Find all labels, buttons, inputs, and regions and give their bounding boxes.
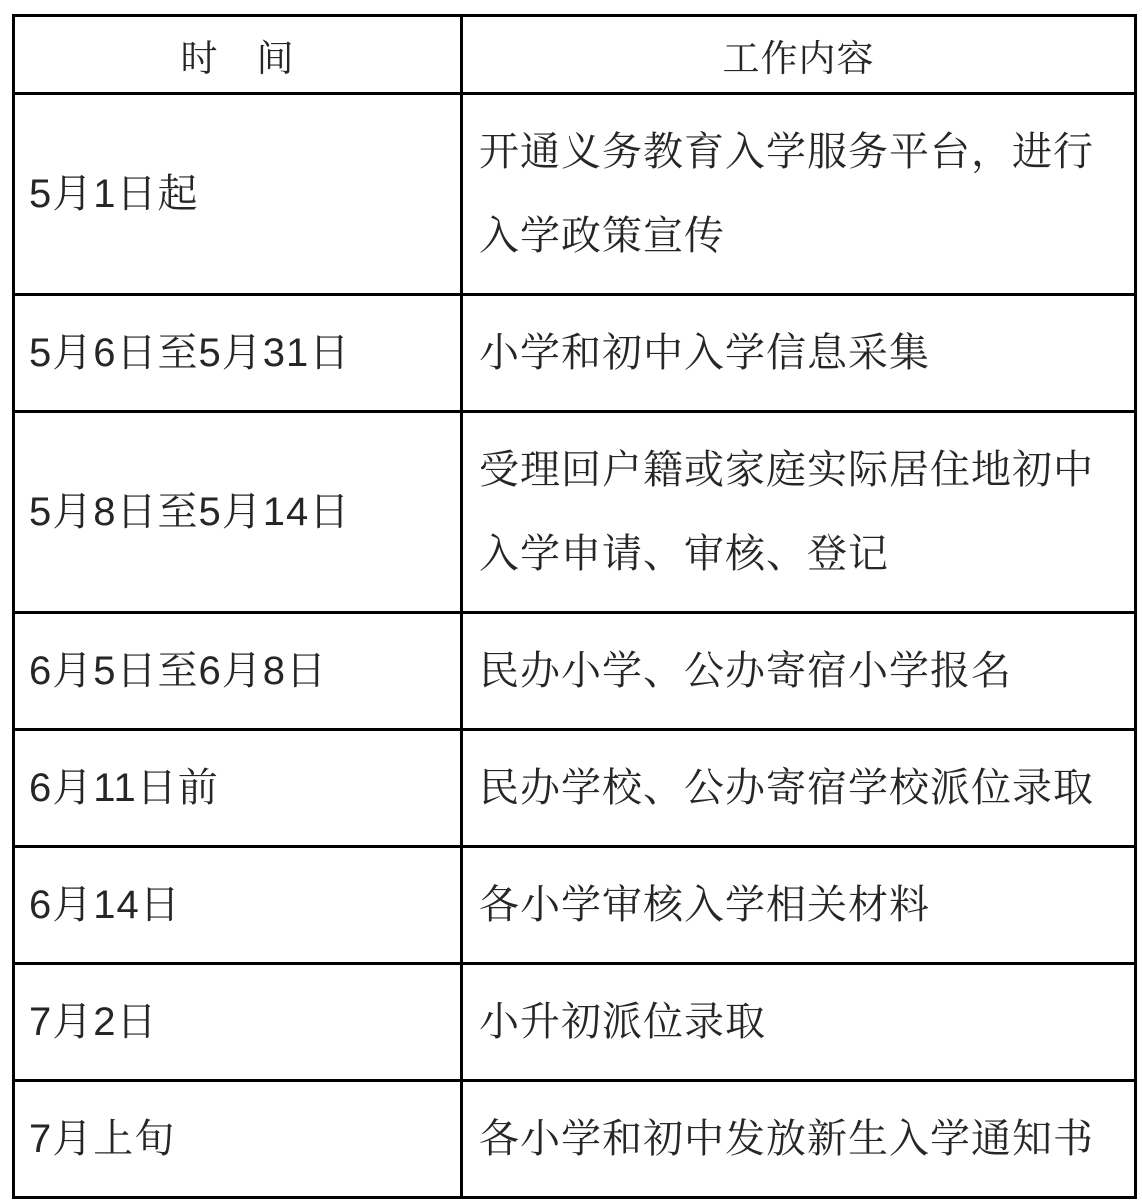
time-cell: 7月2日 xyxy=(14,964,462,1081)
time-cell: 6月14日 xyxy=(14,847,462,964)
table-row: 5月8日至5月14日 受理回户籍或家庭实际居住地初中入学申请、审核、登记 xyxy=(14,412,1136,613)
content-cell: 小升初派位录取 xyxy=(462,964,1136,1081)
time-cell: 6月5日至6月8日 xyxy=(14,613,462,730)
table-row: 6月14日 各小学审核入学相关材料 xyxy=(14,847,1136,964)
time-value: 6月11日前 xyxy=(29,766,219,810)
content-cell: 受理回户籍或家庭实际居住地初中入学申请、审核、登记 xyxy=(462,412,1136,613)
header-cell-content: 工作内容 xyxy=(462,16,1136,94)
content-value: 各小学审核入学相关材料 xyxy=(479,883,930,927)
time-value: 7月上旬 xyxy=(29,1117,175,1161)
content-cell: 开通义务教育入学服务平台，进行入学政策宣传 xyxy=(462,94,1136,295)
header-row: 时 间 工作内容 xyxy=(14,16,1136,94)
content-cell: 小学和初中入学信息采集 xyxy=(462,295,1136,412)
content-value: 小升初派位录取 xyxy=(479,1000,766,1044)
header-time-label: 时 间 xyxy=(181,38,295,79)
time-cell: 7月上旬 xyxy=(14,1081,462,1198)
table-body: 5月1日起 开通义务教育入学服务平台，进行入学政策宣传 5月6日至5月31日 小… xyxy=(14,94,1136,1198)
time-value: 5月1日起 xyxy=(29,172,199,216)
time-cell: 6月11日前 xyxy=(14,730,462,847)
content-cell: 各小学和初中发放新生入学通知书 xyxy=(462,1081,1136,1198)
header-content-label: 工作内容 xyxy=(723,38,875,79)
table-row: 6月11日前 民办学校、公办寄宿学校派位录取 xyxy=(14,730,1136,847)
time-value: 6月14日 xyxy=(29,883,181,927)
header-cell-time: 时 间 xyxy=(14,16,462,94)
time-cell: 5月1日起 xyxy=(14,94,462,295)
table-row: 7月上旬 各小学和初中发放新生入学通知书 xyxy=(14,1081,1136,1198)
content-cell: 民办学校、公办寄宿学校派位录取 xyxy=(462,730,1136,847)
content-value: 小学和初中入学信息采集 xyxy=(479,331,930,375)
content-cell: 民办小学、公办寄宿小学报名 xyxy=(462,613,1136,730)
table-row: 5月1日起 开通义务教育入学服务平台，进行入学政策宣传 xyxy=(14,94,1136,295)
content-value: 民办学校、公办寄宿学校派位录取 xyxy=(479,766,1094,810)
time-value: 5月8日至5月14日 xyxy=(29,490,350,534)
time-value: 7月2日 xyxy=(29,1000,158,1044)
content-value: 受理回户籍或家庭实际居住地初中入学申请、审核、登记 xyxy=(479,448,1094,576)
content-value: 开通义务教育入学服务平台，进行入学政策宣传 xyxy=(479,130,1094,258)
table-row: 7月2日 小升初派位录取 xyxy=(14,964,1136,1081)
enrollment-schedule-table: 时 间 工作内容 5月1日起 开通义务教育入学服务平台，进行入学政策宣传 5月6… xyxy=(12,14,1137,1199)
time-cell: 5月8日至5月14日 xyxy=(14,412,462,613)
table-row: 6月5日至6月8日 民办小学、公办寄宿小学报名 xyxy=(14,613,1136,730)
table-header: 时 间 工作内容 xyxy=(14,16,1136,94)
table-row: 5月6日至5月31日 小学和初中入学信息采集 xyxy=(14,295,1136,412)
content-value: 各小学和初中发放新生入学通知书 xyxy=(479,1117,1094,1161)
time-cell: 5月6日至5月31日 xyxy=(14,295,462,412)
time-value: 6月5日至6月8日 xyxy=(29,649,327,693)
content-cell: 各小学审核入学相关材料 xyxy=(462,847,1136,964)
time-value: 5月6日至5月31日 xyxy=(29,331,350,375)
content-value: 民办小学、公办寄宿小学报名 xyxy=(479,649,1012,693)
